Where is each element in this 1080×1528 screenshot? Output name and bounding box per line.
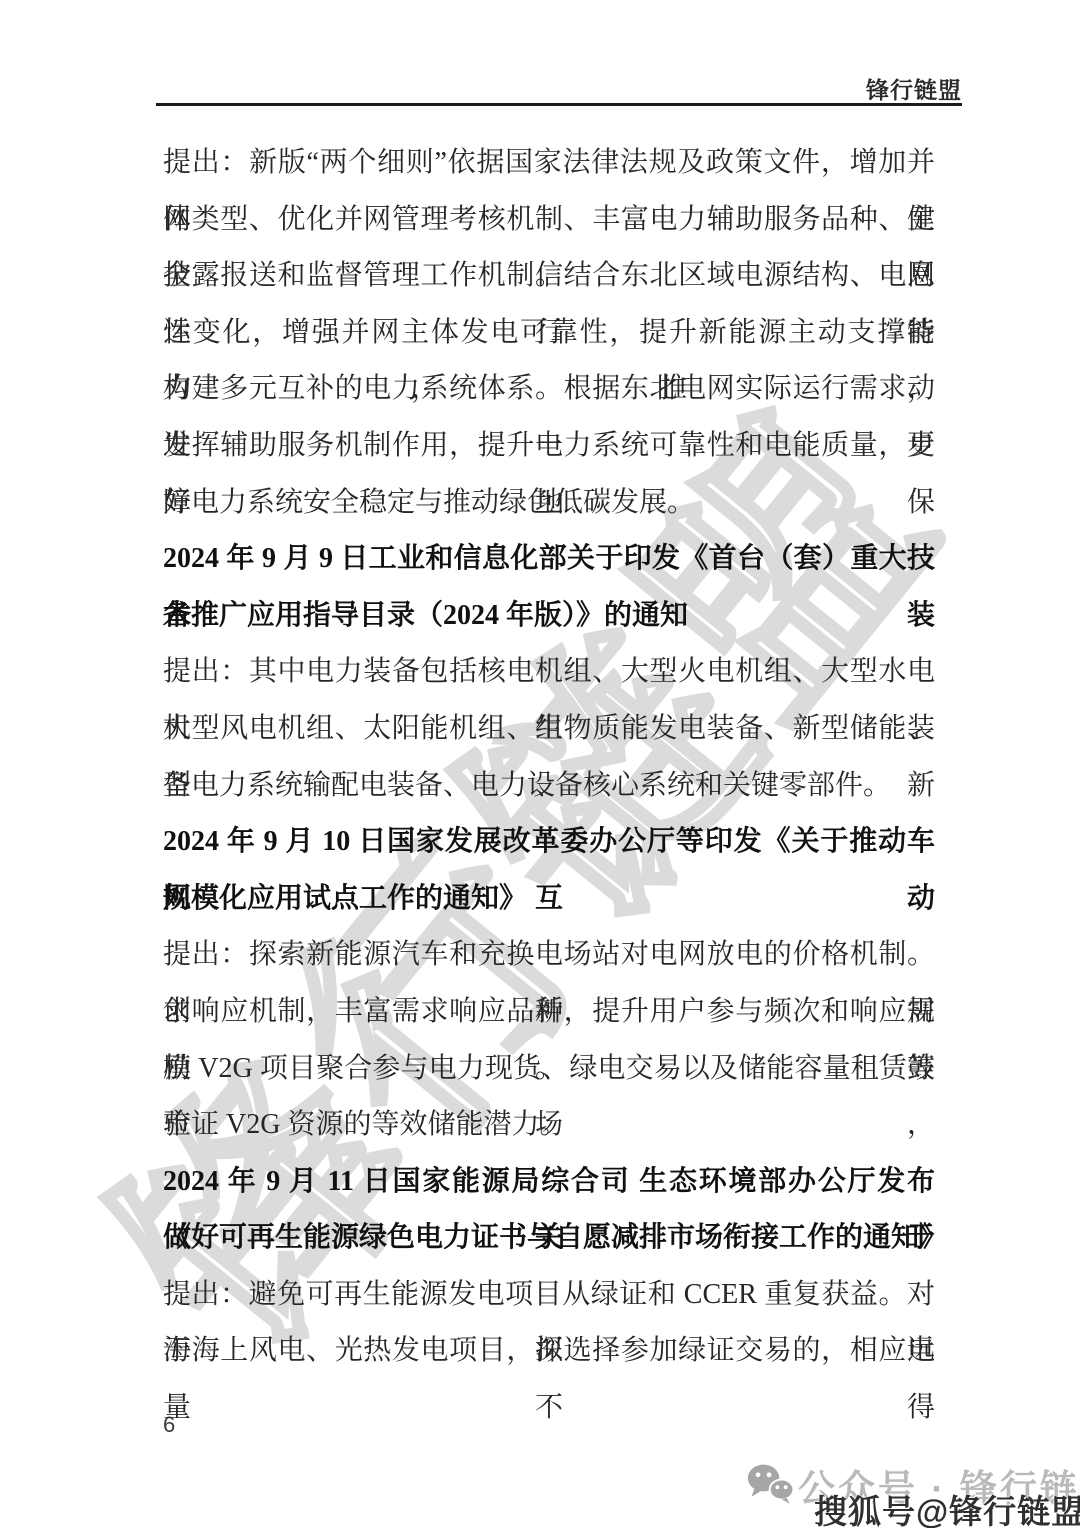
paragraph-line: 海海上风电、光热发电项目，拟选择参加绿证交易的，相应电量不得 [163, 1323, 935, 1380]
header-brand: 锋行链盟 [160, 72, 962, 105]
wechat-icon [746, 1462, 794, 1506]
paragraph-line: 型电力系统输配电装备、电力设备核心系统和关键零部件。 [163, 758, 935, 815]
paragraph-line: 提出：探索新能源汽车和充换电场站对电网放电的价格机制。创新需 [163, 927, 935, 984]
paragraph-line: 求响应机制，丰富需求响应品种，提升用户参与频次和响应规模。鼓 [163, 984, 935, 1041]
paragraph-line: 提出：新版“两个细则”依据国家法律法规及政策文件，增加并网主 [163, 135, 935, 192]
paragraph-line: 提出：避免可再生能源发电项目从绿证和 CCER 重复获益。对于深远 [163, 1267, 935, 1324]
paragraph-line: 披露报送和监督管理工作机制。结合东北区域电源结构、电网运行特 [163, 248, 935, 305]
paragraph-line: 发挥辅助服务机制作用，提升电力系统可靠性和电能质量，更好地保 [163, 418, 935, 475]
heading-line: 做好可再生能源绿色电力证书与自愿减排市场衔接工作的通知》 [163, 1210, 935, 1267]
paragraph-line: 构建多元互补的电力系统体系。根据东北电网实际运行需求，进一步 [163, 361, 935, 418]
heading-line: 2024 年 9 月 11 日国家能源局综合司 生态环境部办公厅发布《关于 [163, 1154, 935, 1211]
header-rule [156, 103, 962, 106]
paragraph-line: 提出：其中电力装备包括核电机组、大型火电机组、大型水电机组、 [163, 644, 935, 701]
paragraph-line: 体类型、优化并网管理考核机制、丰富电力辅助服务品种、健全信息 [163, 192, 935, 249]
document-page: 锋行链盟 锋行链盟 提出：新版“两个细则”依据国家法律法规及政策文件，增加并网主… [0, 0, 1080, 1528]
heading-line: 2024 年 9 月 10 日国家发展改革委办公厅等印发《关于推动车网互动 [163, 814, 935, 871]
paragraph-line: 性变化，增强并网主体发电可靠性，提升新能源主动支撑能力，推动 [163, 305, 935, 362]
paragraph-line: 大型风电机组、太阳能机组、生物质能发电装备、新型储能装备、新 [163, 701, 935, 758]
document-body: 提出：新版“两个细则”依据国家法律法规及政策文件，增加并网主 体类型、优化并网管… [163, 135, 935, 1380]
heading-line: 2024 年 9 月 9 日工业和信息化部关于印发《首台（套）重大技术装 [163, 531, 935, 588]
sohu-account-label: 搜狐号@锋行链盟研究院 [814, 1486, 1080, 1528]
paragraph-line: 励 V2G 项目聚合参与电力现货、绿电交易以及储能容量租赁等市场， [163, 1041, 935, 1098]
